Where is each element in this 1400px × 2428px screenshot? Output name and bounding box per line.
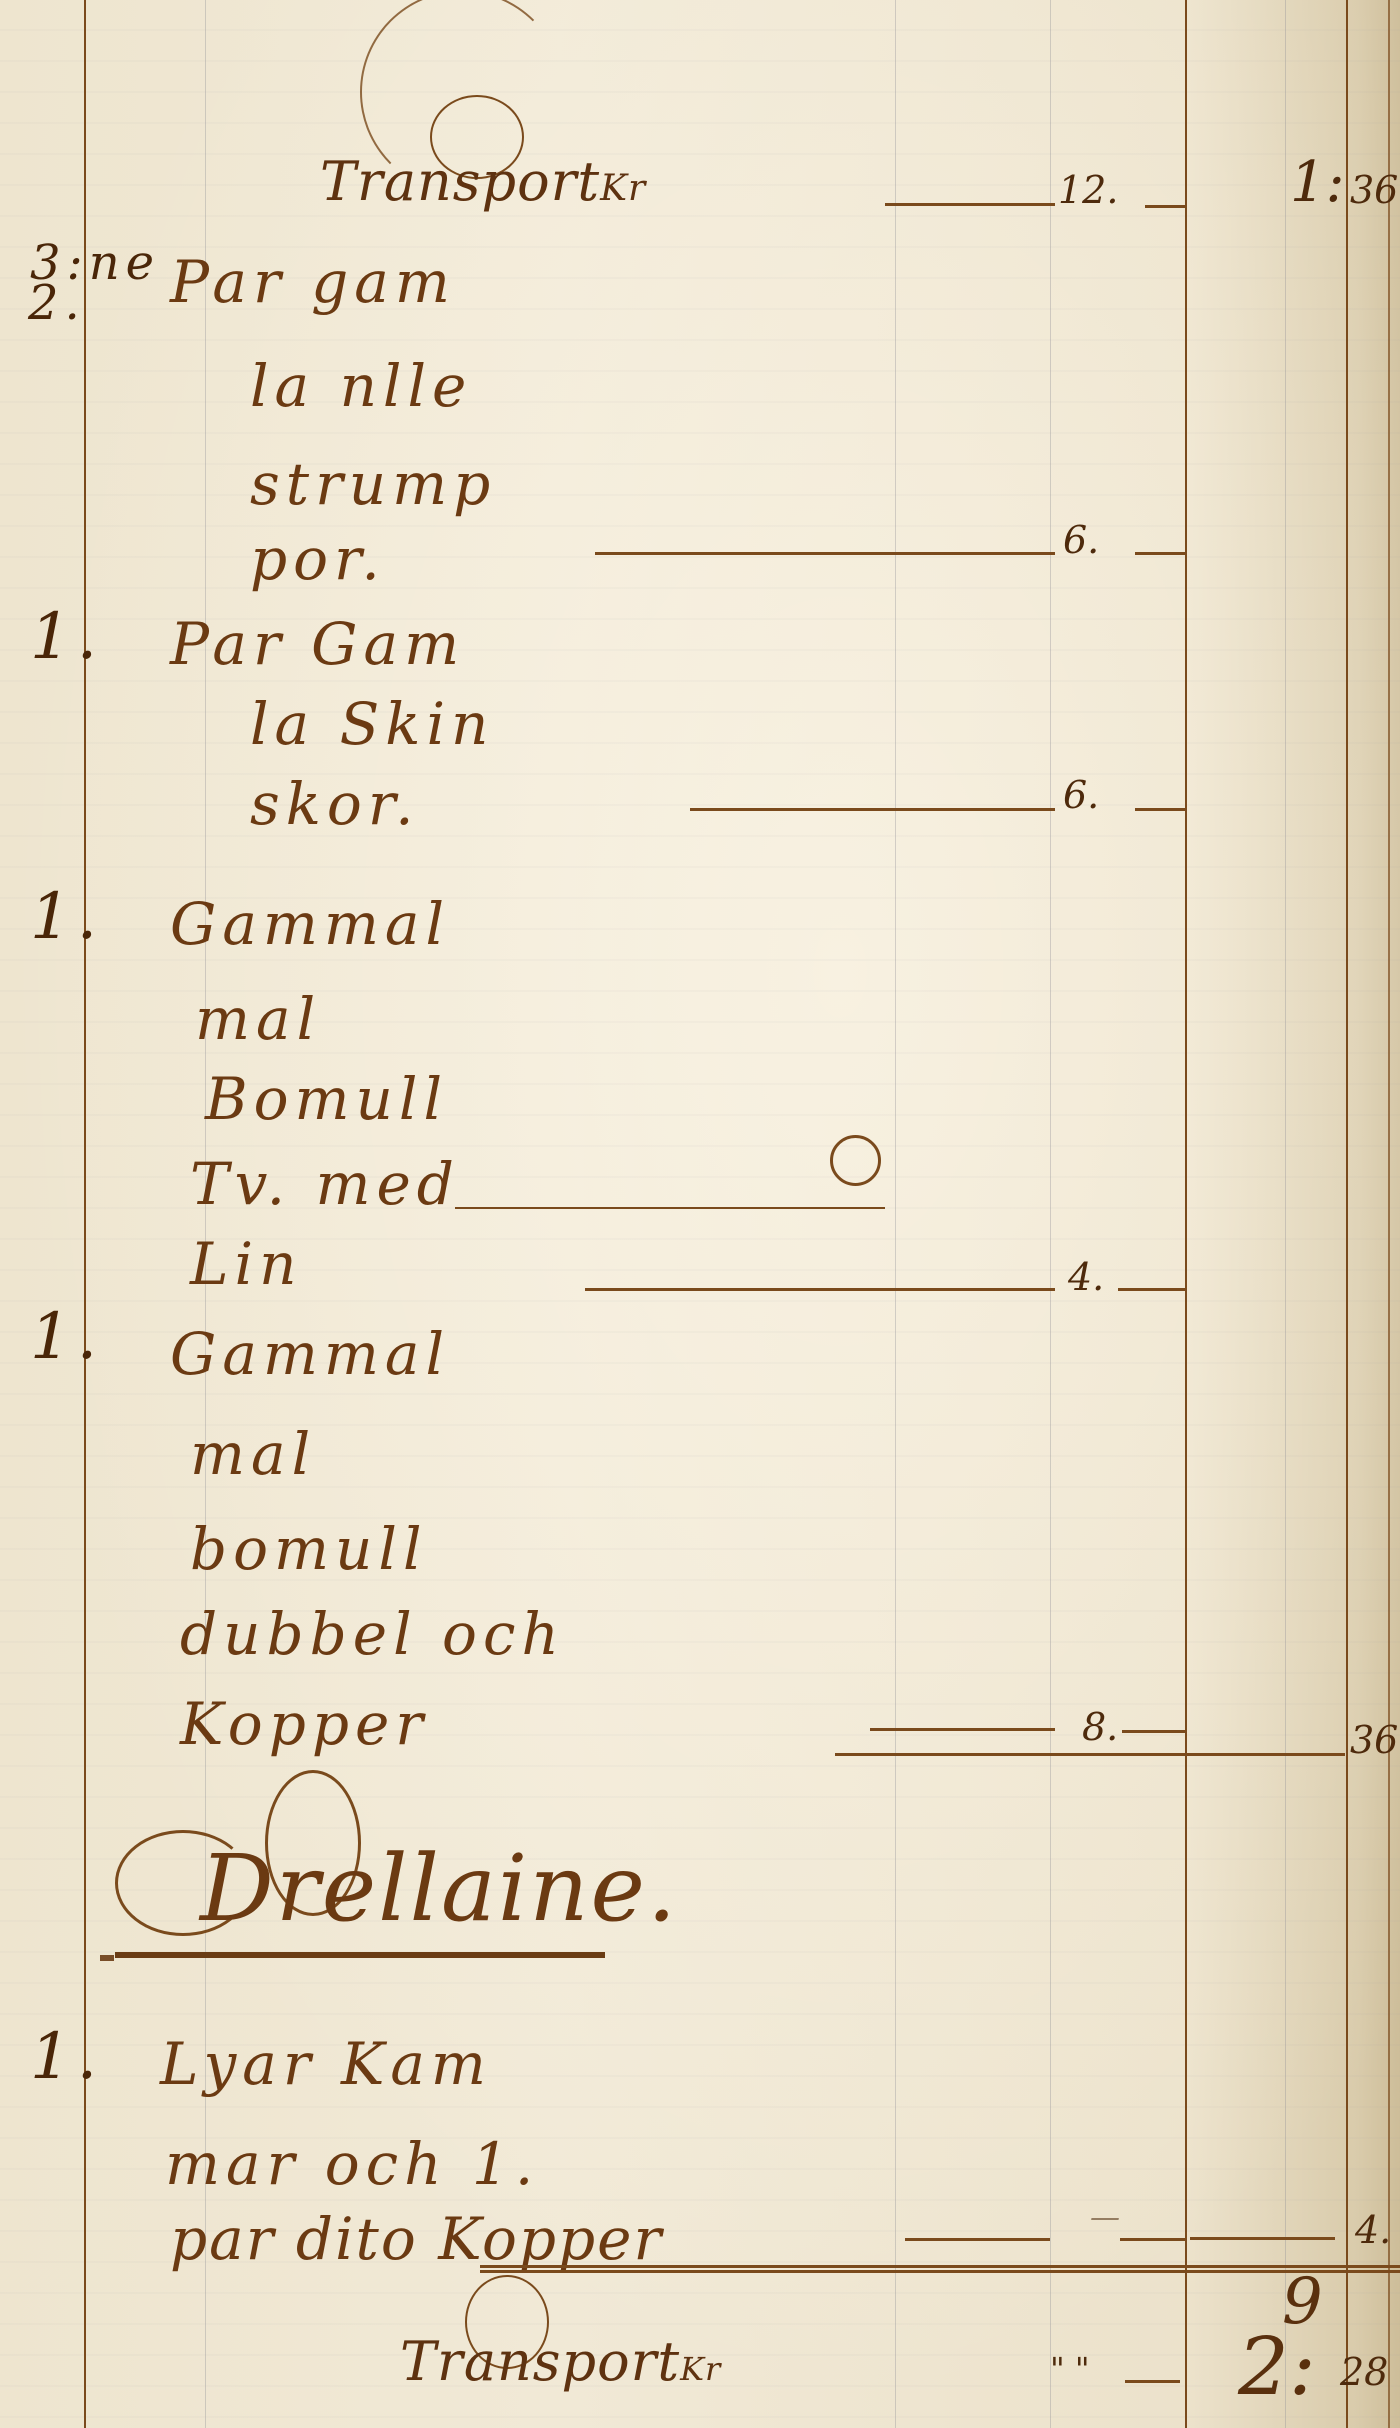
entry-4-subtotal-col-c: 36. <box>1350 1718 1400 1762</box>
entry-1-qty: 2. <box>28 275 86 331</box>
leader-line <box>690 808 1055 811</box>
entry-1-line-2: la nlle <box>250 352 472 420</box>
section-entry-qty: 1. <box>30 2020 103 2094</box>
header-amount-col-a: 12. <box>1058 168 1118 212</box>
leader-line <box>1120 2238 1185 2241</box>
ledger-page: TransportKr 12. 1: 36. 3:ne 2. Par gam l… <box>0 0 1400 2428</box>
section-entry-line-3: par dito Kopper <box>170 2205 663 2273</box>
footer-title: TransportKr <box>400 2330 721 2393</box>
faint-guide-rule <box>895 0 896 2428</box>
entry-4-line-2: mal <box>190 1420 316 1488</box>
strike-line <box>455 1207 885 1209</box>
entry-2-line-3: skor. <box>250 770 420 838</box>
leader-line <box>1190 2237 1335 2240</box>
entry-3-line-5: Lin <box>190 1230 302 1298</box>
header-title-text: Transport <box>320 150 600 213</box>
entry-1-amount-col-a: 6. <box>1063 518 1099 562</box>
leader-line <box>595 552 1055 555</box>
entry-4-line-3: bomull <box>190 1515 428 1583</box>
entry-4-amount-col-a: 8. <box>1082 1705 1118 1749</box>
entry-3-qty: 1. <box>30 880 103 954</box>
section-heading-underline <box>100 1955 114 1961</box>
footer-title-text: Transport <box>400 2330 680 2393</box>
entry-4-line-4: dubbel och <box>180 1600 565 1668</box>
entry-4-line-5: Kopper <box>180 1690 429 1758</box>
faint-guide-rule <box>1285 0 1286 2428</box>
header-amount-col-c: 36. <box>1350 168 1400 212</box>
section-entry-amount-col-a: — <box>1090 2200 1120 2235</box>
header-amount-col-b: 1: <box>1290 150 1345 215</box>
entry-3-amount-col-a: 4. <box>1068 1255 1104 1299</box>
section-entry-amount-col-c: 4. <box>1355 2208 1391 2252</box>
subtotal-leader-line <box>835 1753 1345 1756</box>
footer-title-suffix: Kr <box>680 2350 721 2388</box>
section-heading-underline <box>115 1952 605 1958</box>
header-title-suffix: Kr <box>600 168 646 209</box>
total-double-rule <box>480 2265 1400 2273</box>
entry-3-line-1: Gammal <box>170 890 450 958</box>
entry-1-line-1: Par gam <box>170 248 456 316</box>
leader-line <box>1135 808 1185 811</box>
leader-line <box>870 1728 1055 1731</box>
abbreviation-flourish <box>830 1135 881 1186</box>
entry-1-line-3: strump <box>250 450 496 518</box>
leader-line <box>1145 205 1185 208</box>
entry-3-line-2: mal <box>195 985 321 1053</box>
section-entry-line-2: mar och 1. <box>165 2130 539 2198</box>
entry-4-qty: 1. <box>30 1300 103 1374</box>
leader-line <box>1118 1288 1185 1291</box>
amount-column-b-rule <box>1346 0 1348 2428</box>
leader-line <box>1135 552 1185 555</box>
entry-2-line-1: Par Gam <box>170 610 465 678</box>
footer-amount-col-b: 2: <box>1238 2320 1316 2413</box>
entry-4-line-1: Gammal <box>170 1320 450 1388</box>
footer-amount-col-a-ditto: " " <box>1050 2350 1090 2388</box>
section-entry-line-1: Lyar Kam <box>160 2030 492 2098</box>
entry-3-line-3: Bomull <box>205 1065 448 1133</box>
entry-2-line-2: la Skin <box>250 690 494 758</box>
faint-guide-rule <box>1050 0 1051 2428</box>
amount-column-a-rule <box>1185 0 1187 2428</box>
section-heading: Drellaine. <box>200 1835 678 1942</box>
amount-column-c-rule <box>1388 0 1390 2428</box>
leader-line <box>1125 2380 1180 2383</box>
header-title: TransportKr <box>320 150 646 213</box>
entry-2-qty: 1. <box>30 600 103 674</box>
entry-3-line-4: Tv. med <box>190 1150 460 1218</box>
entry-1-line-4: por. <box>250 525 386 593</box>
leader-line <box>1122 1730 1185 1733</box>
footer-amount-col-c: 28 <box>1340 2350 1388 2394</box>
leader-line <box>585 1288 1055 1291</box>
leader-line <box>905 2238 1050 2241</box>
entry-2-amount-col-a: 6. <box>1063 773 1099 817</box>
leader-line <box>885 203 1055 206</box>
